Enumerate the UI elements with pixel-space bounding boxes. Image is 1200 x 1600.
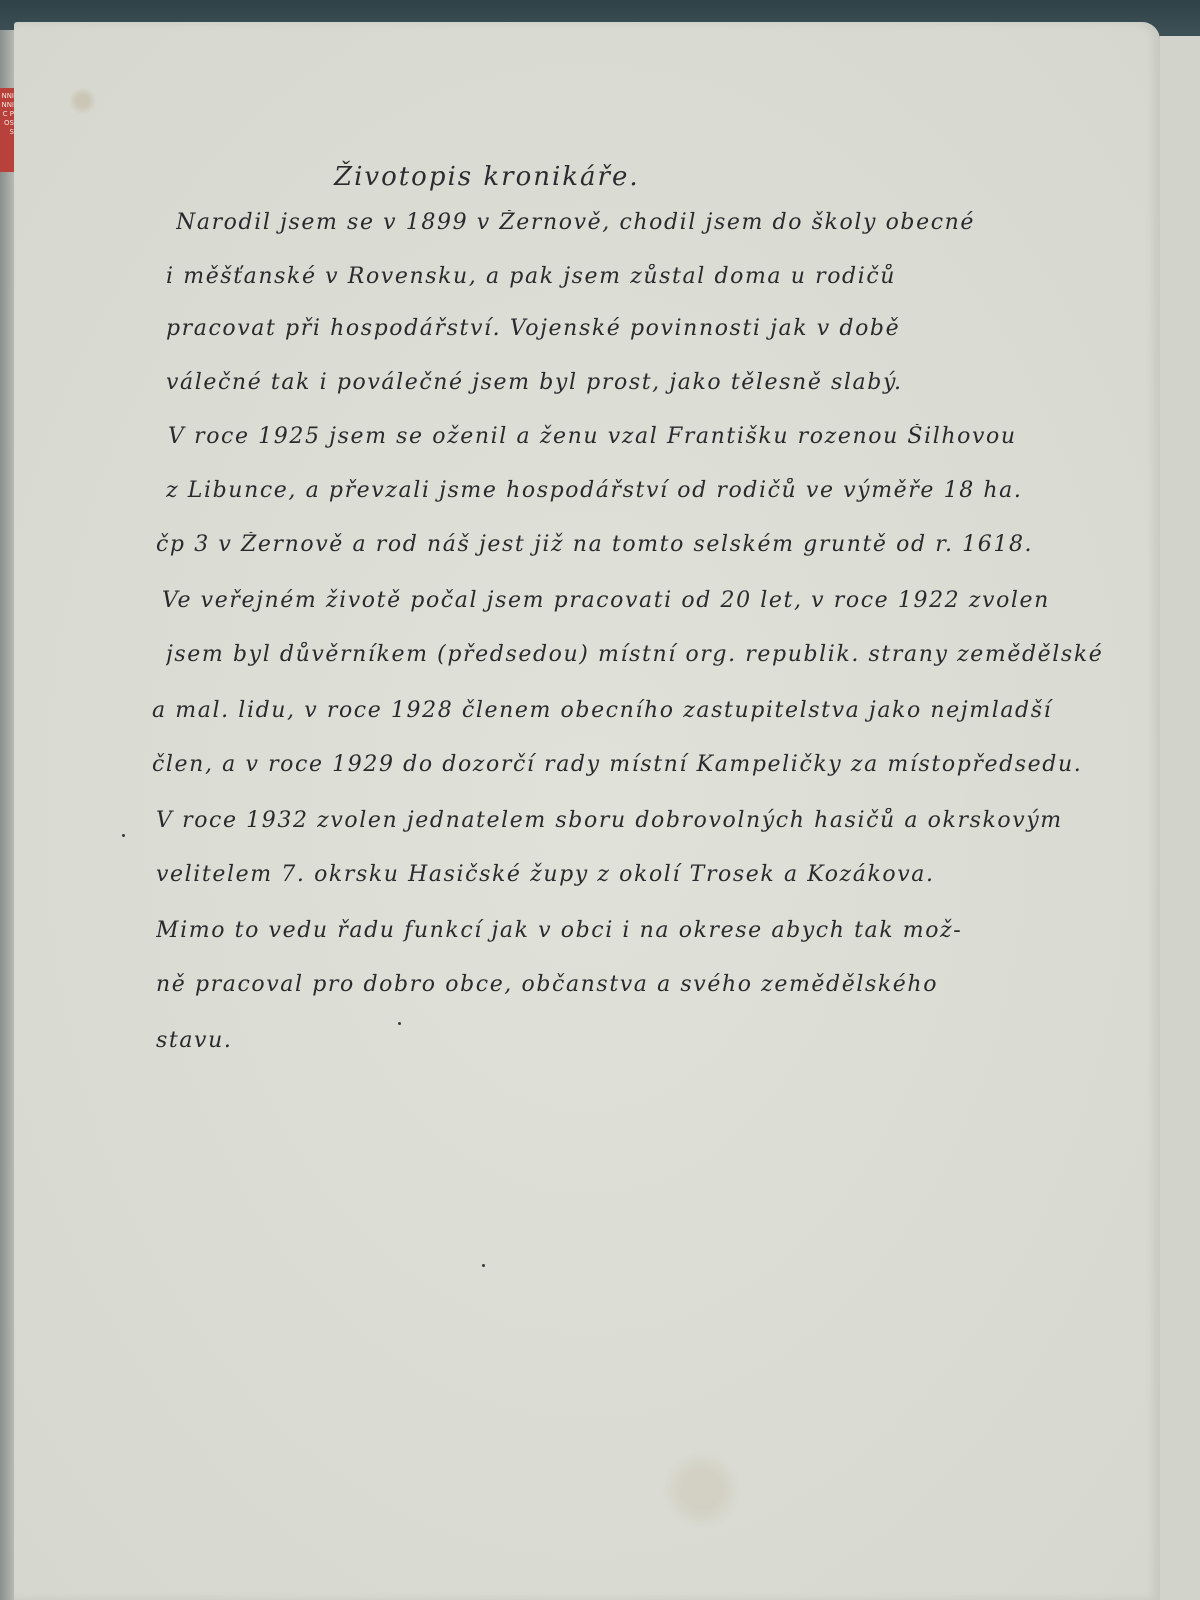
text-line: V roce 1932 zvolen jednatelem sboru dobr…	[156, 808, 1116, 833]
spine-label: NNI NNI C P OS S	[0, 88, 14, 172]
ink-dot	[398, 1022, 401, 1025]
text-line: z Libunce, a převzali jsme hospodářství …	[166, 478, 1126, 503]
text-line: pracovat při hospodářství. Vojenské povi…	[166, 316, 1126, 341]
page-title: Životopis kronikáře.	[334, 162, 640, 192]
text-line: velitelem 7. okrsku Hasičské župy z okol…	[156, 862, 1116, 887]
text-line: stavu.	[156, 1028, 1116, 1053]
text-line: Narodil jsem se v 1899 v Žernově, chodil…	[176, 210, 1136, 235]
text-line: V roce 1925 jsem se oženil a ženu vzal F…	[168, 424, 1128, 449]
text-line: i měšťanské v Rovensku, a pak jsem zůsta…	[166, 264, 1126, 289]
ink-dot	[482, 1264, 485, 1267]
text-line: čp 3 v Žernově a rod náš jest již na tom…	[156, 532, 1116, 557]
text-line: ně pracoval pro dobro obce, občanstva a …	[156, 972, 1116, 997]
text-line: Ve veřejném životě počal jsem pracovati …	[162, 588, 1122, 613]
text-line: jsem byl důvěrníkem (předsedou) místní o…	[166, 642, 1126, 667]
text-line: člen, a v roce 1929 do dozorčí rady míst…	[152, 752, 1112, 777]
ink-dot	[122, 834, 125, 837]
chronicle-page: Životopis kronikáře. Narodil jsem se v 1…	[14, 22, 1160, 1600]
text-line: a mal. lidu, v roce 1928 členem obecního…	[152, 698, 1112, 723]
next-page-edge	[1159, 36, 1200, 1600]
text-line: válečné tak i poválečné jsem byl prost, …	[166, 370, 1126, 395]
text-line: Mimo to vedu řadu funkcí jak v obci i na…	[156, 918, 1116, 943]
